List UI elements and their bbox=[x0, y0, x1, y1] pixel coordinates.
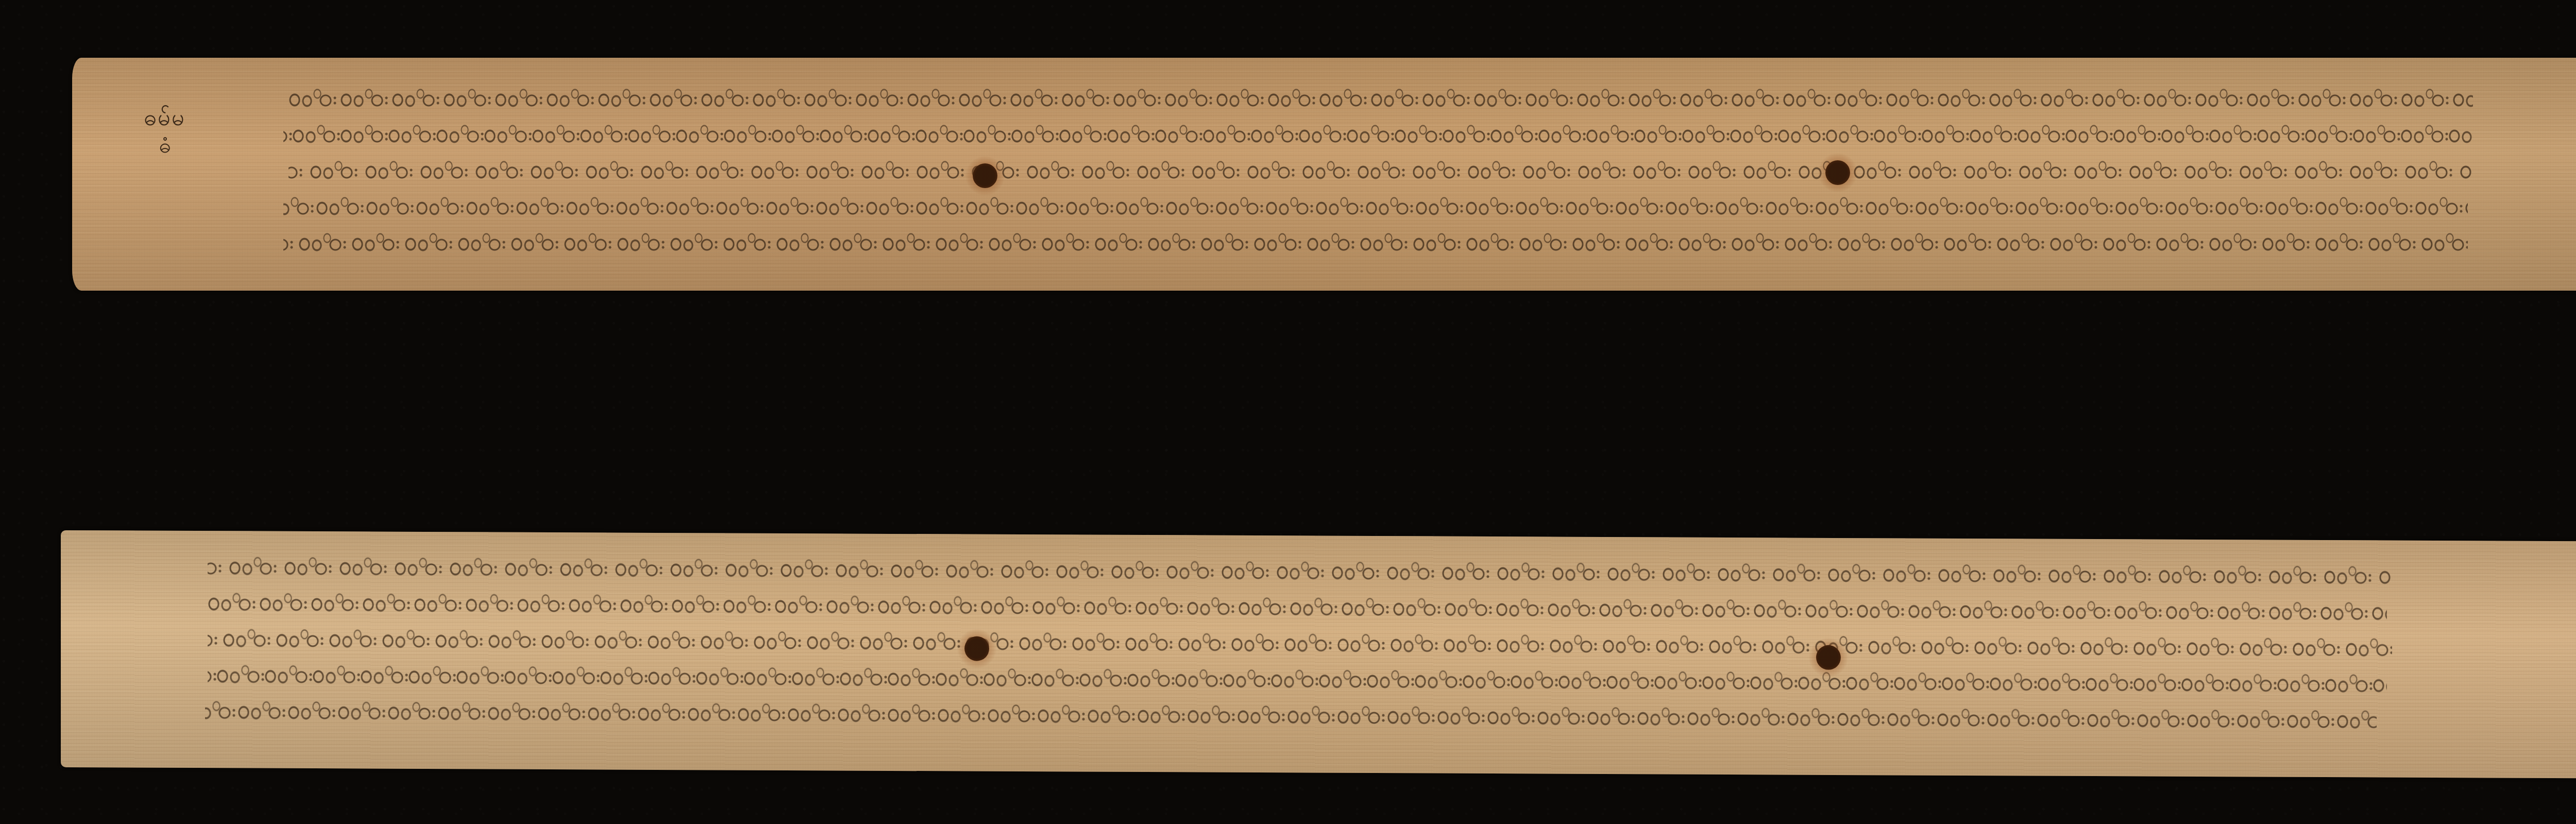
palm-leaf-folio-2: ဂြဟတ္တား ရှေဂဒ္ဓဒ္ဓဓိ ဝိဂဂါ ဂါဂဂ်လီ ရဂ္ဂ… bbox=[61, 530, 2576, 779]
text-line-5: ယတိဂ်ချိဓာ တုံတိုဂ်ဂ ကိုဂ္ဂ ဒ္ဒုံဂျာ ကာသ… bbox=[283, 232, 2468, 255]
script-glyphs bbox=[283, 196, 2468, 218]
manuscript-text-block: ဂြဟတ္တား ရှေဂဒ္ဓဒ္ဓဓိ ဝိဂဂါ ဂါဂဂ်လီ ရဂ္ဂ… bbox=[208, 531, 2392, 778]
folio-margin-notation: ဓမ်မ ဓံ bbox=[121, 103, 209, 159]
margin-note-line-1: ဓမ်မ bbox=[121, 103, 209, 132]
text-line-3: တိတ္တာတဂ်ကြာ ရိုဂ္ဂတ္တ တိဂတဂ်လ ဒါဂဗ္ဗါ bbox=[208, 628, 2392, 660]
text-line-4: တိူ ကတ္တာ ပနာသယပဝ ကြုံကာဂဂါ ဗါလက bbox=[208, 664, 2387, 696]
script-glyphs bbox=[208, 664, 2387, 696]
text-line-3: ဓိဒ္ဓါး ဝဏ္ဏာတိဂ်ဒ္ဒါ တိုဂဟ ဆဲ့ဖြူဆဲ့ ဓျ… bbox=[289, 160, 2473, 182]
script-glyphs bbox=[289, 160, 2473, 182]
script-glyphs bbox=[208, 592, 2387, 624]
script-glyphs bbox=[283, 124, 2473, 146]
text-line-1: ဒုဗိဓာဝုက္ကာတိတိဂ်ဓာ ဗုဒ္ဓဝါစင်ဂသာတိ ပေါ… bbox=[289, 88, 2473, 110]
text-line-4: ဟိး ကာယသာဓိး ကာယိနာဝဂ်ဟ တိုဓျာ ကြုံဘဂ္ဂက bbox=[283, 196, 2468, 218]
string-hole-left bbox=[964, 636, 989, 661]
script-glyphs bbox=[208, 628, 2392, 660]
manuscript-text-block: ဒုဗိဓာဝုက္ကာတိတိဂ်ဓာ ဗုဒ္ဓဝါစင်ဂသာတိ ပေါ… bbox=[289, 58, 2473, 291]
margin-note-line-2: ဓံ bbox=[121, 132, 209, 159]
script-glyphs bbox=[289, 88, 2473, 110]
string-hole-right bbox=[1816, 645, 1841, 670]
string-hole-right bbox=[1825, 160, 1850, 185]
text-line-2: ဝေါဟာကြုံလျက်ကြား ဂါကြတဂါရှာ ဖျားရှိတိဂ်… bbox=[283, 124, 2473, 146]
script-glyphs bbox=[205, 700, 2377, 732]
script-glyphs bbox=[283, 232, 2468, 255]
palm-leaf-folio-1: ဓမ်မ ဓံ ဒုဗိဓာဝုက္ကာတိတိဂ်ဓာ ဗုဒ္ဓဝါစင်ဂ… bbox=[72, 58, 2576, 291]
script-glyphs bbox=[208, 556, 2392, 588]
text-line-1: ဂြဟတ္တား ရှေဂဒ္ဓဒ္ဓဓိ ဝိဂဂါ ဂါဂဂ်လီ ရဂ္ဂ… bbox=[208, 556, 2392, 588]
text-line-5: တိတိဂ်ဂါး တိတ္တာလဲဒ္ဓ ဝါကြုံ ဝဂ္ဂ ဒ္ဒိတ္… bbox=[205, 700, 2377, 732]
string-hole-left bbox=[973, 163, 997, 188]
text-line-2: တ္တိ ဗြိုဂလယာ ဂတဂ်ဂ လီဂဏ ဝါလံဂ ဂါဂတဂ် သာ… bbox=[208, 592, 2387, 624]
